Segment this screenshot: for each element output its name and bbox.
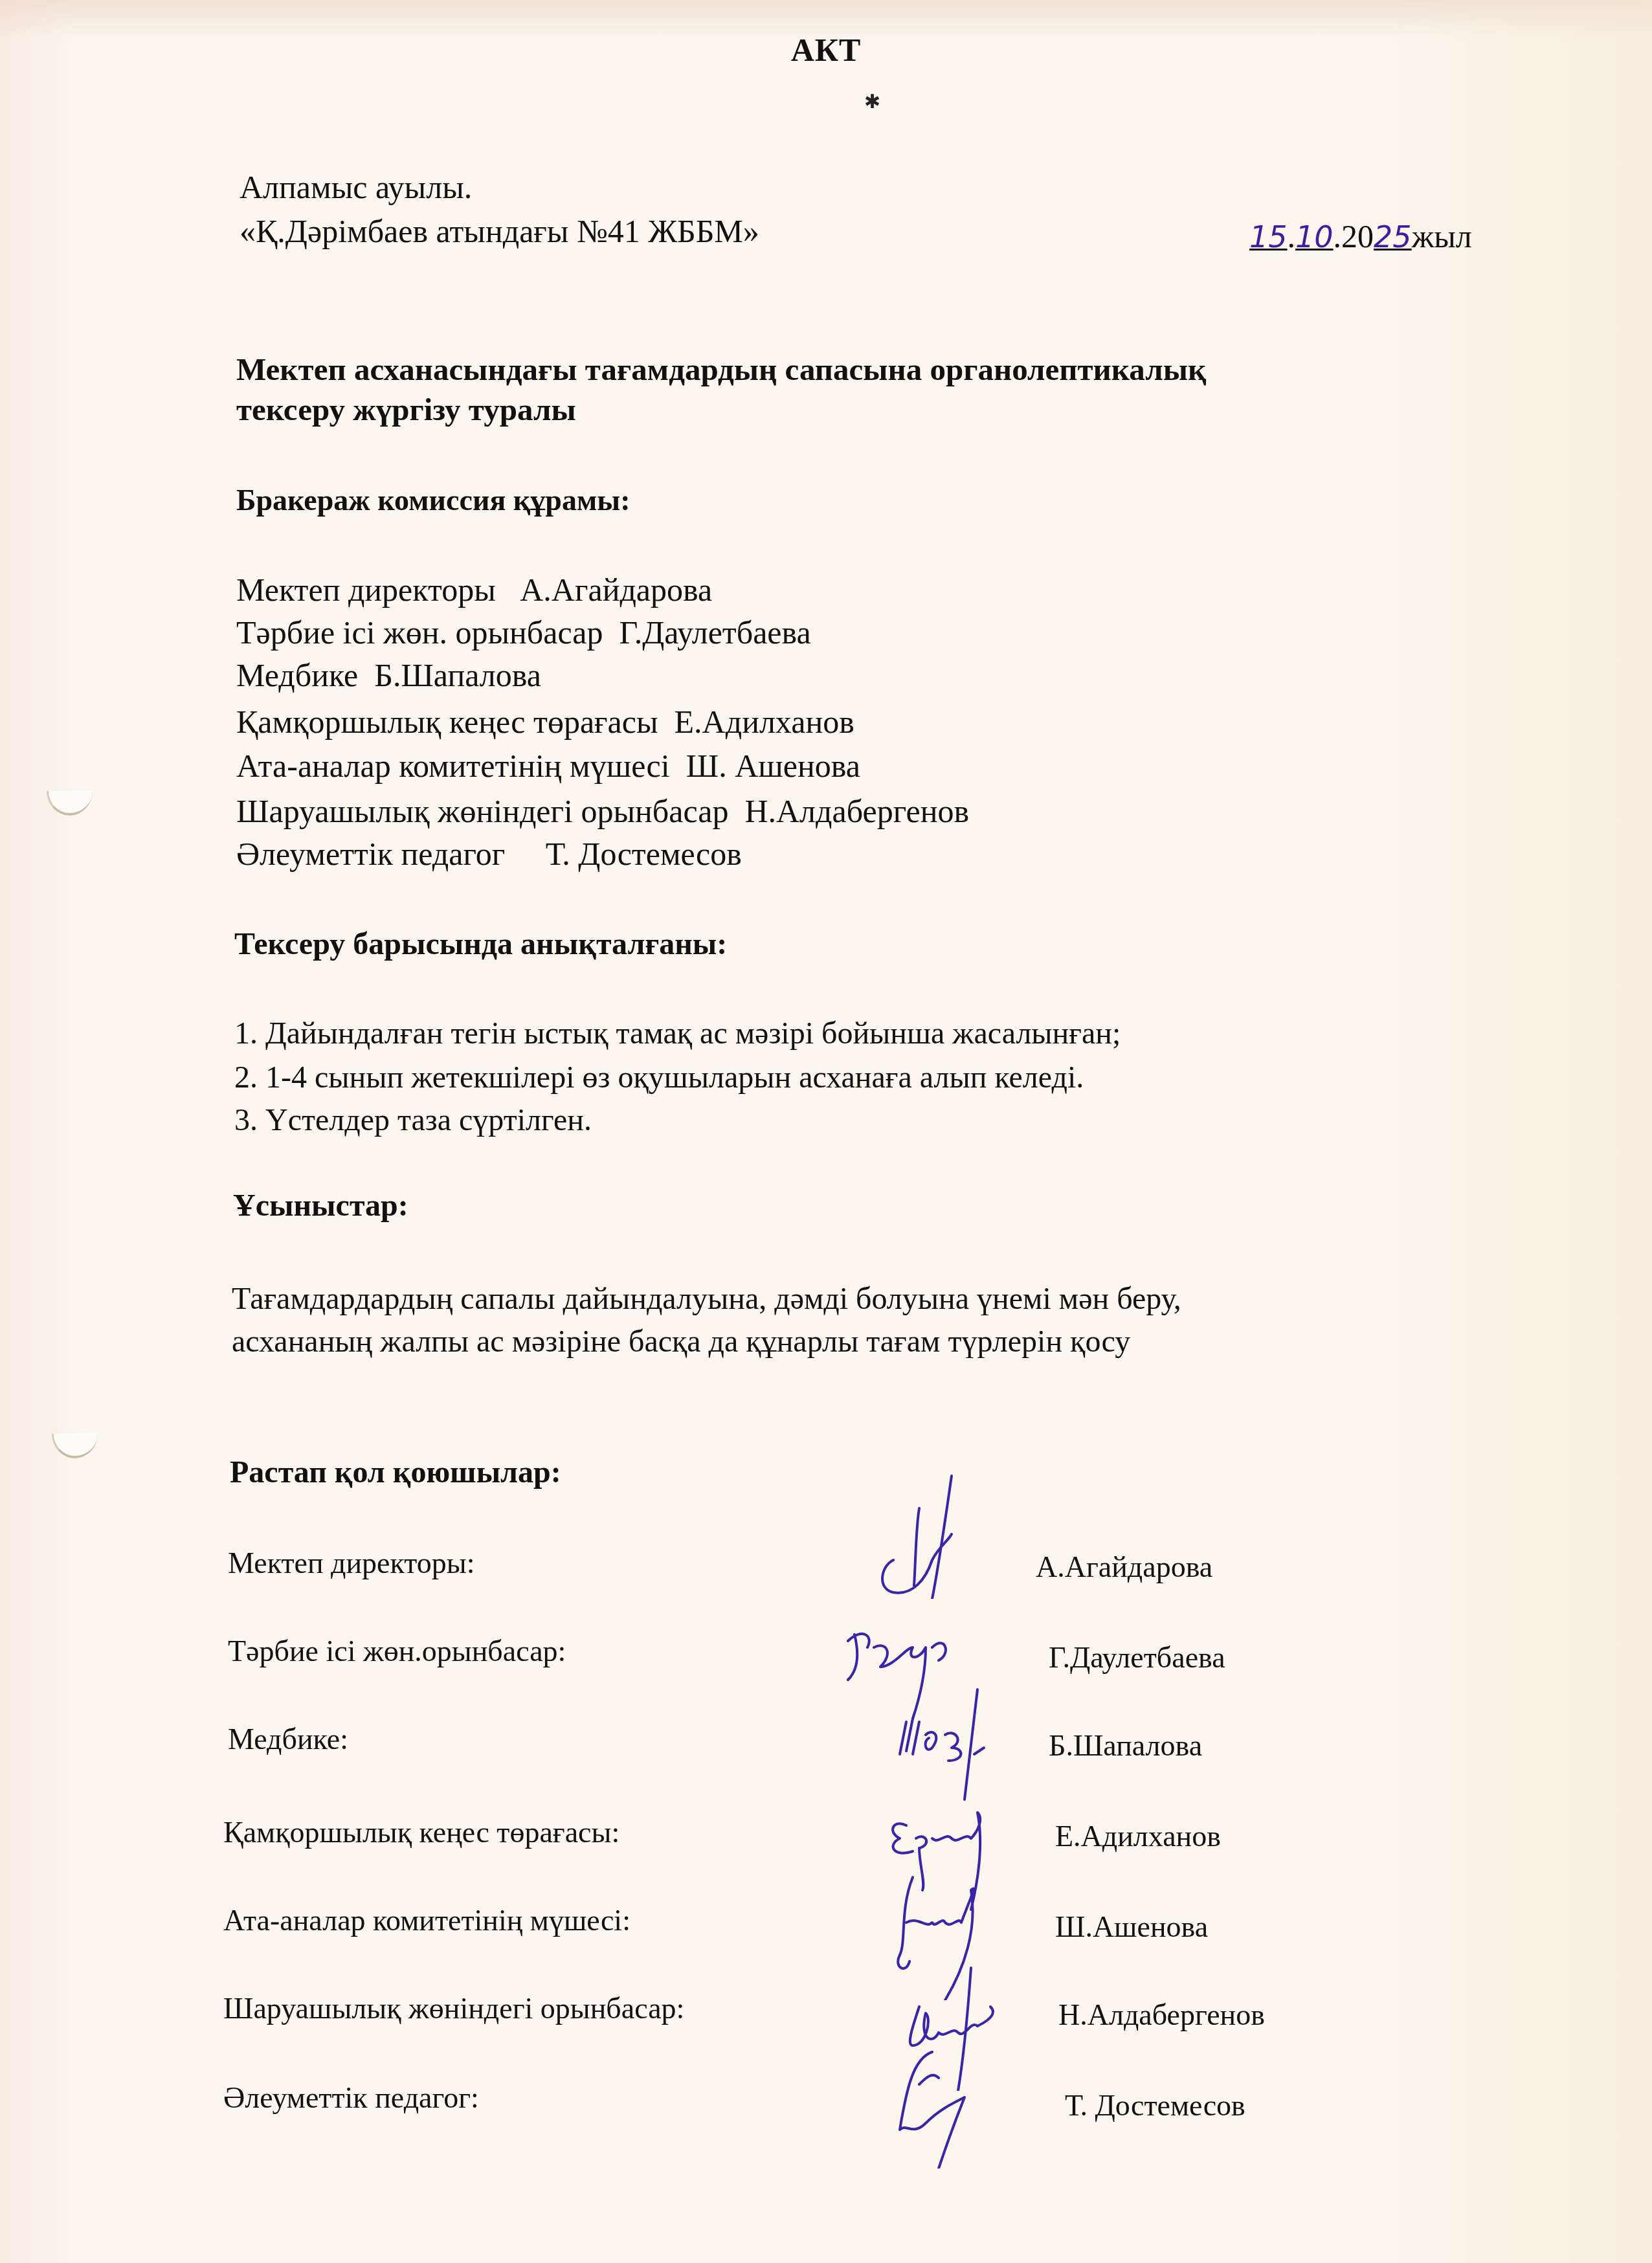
- signature-role: Ата-аналар комитетінің мүшесі:: [223, 1901, 631, 1941]
- subject-line-1: Мектеп асханасындағы тағамдардың сапасын…: [236, 350, 1206, 390]
- signature-name: Г.Даулетбаева: [1049, 1638, 1225, 1678]
- finding-item: 2. 1-4 сынып жетекшілері өз оқушыларын а…: [234, 1058, 1084, 1098]
- signature-handwritten-icon: [880, 2039, 1036, 2168]
- date-month-handwritten: 10: [1295, 219, 1334, 254]
- signature-name: Б.Шапалова: [1049, 1726, 1202, 1766]
- member-name: А.Агайдарова: [520, 572, 712, 608]
- date-year-prefix: 20: [1341, 218, 1374, 254]
- member-name: Б.Шапалова: [374, 657, 541, 693]
- member-role: Тәрбие ісі жөн. орынбасар: [236, 614, 603, 651]
- member-role: Қамқоршылық кеңес төрағасы: [236, 704, 658, 740]
- date-separator: .: [1334, 218, 1342, 254]
- signature-role: Медбике:: [228, 1719, 348, 1759]
- school-name: «Қ.Дәрімбаев атындағы №41 ЖББМ»: [240, 211, 759, 251]
- scan-speck-mark: ✱: [864, 91, 880, 113]
- commission-heading: Бракераж комиссия құрамы:: [236, 480, 630, 520]
- recommendation-line: асхананың жалпы ас мәзіріне басқа да құн…: [232, 1322, 1130, 1362]
- recommendation-line: Тағамдардардың сапалы дайындалуына, дәмд…: [232, 1279, 1181, 1319]
- member-role: Шаруашылық жөніндегі орынбасар: [236, 793, 728, 829]
- signature-handwritten-icon: [854, 1469, 1010, 1599]
- signature-role: Мектеп директоры:: [228, 1543, 474, 1583]
- member-name: Г.Даулетбаева: [619, 614, 810, 651]
- commission-member: Қамқоршылық кеңес төрағасы Е.Адилханов: [236, 702, 854, 742]
- findings-heading: Тексеру барысында анықталғаны:: [234, 924, 727, 964]
- signature-name: Ш.Ашенова: [1055, 1907, 1208, 1947]
- date-day-handwritten: 15: [1249, 219, 1288, 254]
- member-role: Мектеп директоры: [236, 572, 496, 608]
- signature-role: Әлеуметтік педагог:: [223, 2078, 479, 2118]
- date-year-suffix-handwritten: 25: [1374, 219, 1412, 254]
- signature-name: Н.Алдабергенов: [1058, 1995, 1265, 2035]
- signature-role: Шаруашылық жөніндегі орынбасар:: [223, 1989, 684, 2029]
- signature-role: Қамқоршылық кеңес төрағасы:: [223, 1812, 619, 1853]
- date-separator: .: [1288, 218, 1296, 254]
- signature-name: А.Агайдарова: [1036, 1547, 1212, 1587]
- member-role: Ата-аналар комитетінің мүшесі: [236, 748, 670, 784]
- document-title: АКТ: [0, 31, 1652, 69]
- signatures-heading: Растап қол қоюшылар:: [230, 1453, 561, 1493]
- member-role: Медбике: [236, 657, 358, 693]
- commission-member: Әлеуметтік педагог Т. Достемесов: [236, 834, 742, 874]
- signature-name: Е.Адилханов: [1055, 1816, 1221, 1856]
- subject-line-2: тексеру жүргізу туралы: [236, 390, 576, 430]
- commission-member: Тәрбие ісі жөн. орынбасар Г.Даулетбаева: [236, 612, 811, 652]
- scanned-document-page: АКТ ✱ Алпамыс ауылы. «Қ.Дәрімбаев атында…: [0, 0, 1652, 2263]
- finding-item: 1. Дайындалған тегін ыстық тамақ ас мәзі…: [234, 1014, 1121, 1054]
- recommendations-heading: Ұсыныстар:: [233, 1186, 408, 1226]
- document-date: 15.10.2025жыл: [1249, 217, 1472, 255]
- commission-member: Мектеп директоры А.Агайдарова: [236, 570, 712, 610]
- member-role: Әлеуметтік педагог: [236, 836, 505, 872]
- signature-role: Тәрбие ісі жөн.орынбасар:: [228, 1631, 566, 1671]
- commission-member: Ата-аналар комитетінің мүшесі Ш. Ашенова: [236, 746, 860, 786]
- hole-punch-mark-bottom: [52, 1434, 98, 1458]
- member-name: Е.Адилханов: [675, 704, 854, 740]
- commission-member: Шаруашылық жөніндегі орынбасар Н.Алдабер…: [236, 791, 969, 831]
- member-name: Т. Достемесов: [546, 836, 742, 872]
- hole-punch-mark-top: [47, 791, 93, 816]
- member-name: Ш. Ашенова: [686, 748, 860, 784]
- signature-name: Т. Достемесов: [1065, 2086, 1245, 2126]
- commission-member: Медбике Б.Шапалова: [236, 655, 541, 695]
- date-suffix: жыл: [1412, 218, 1472, 254]
- village-name: Алпамыс ауылы.: [240, 167, 472, 207]
- finding-item: 3. Үстелдер таза сүртілген.: [234, 1100, 592, 1141]
- member-name: Н.Алдабергенов: [744, 793, 969, 829]
